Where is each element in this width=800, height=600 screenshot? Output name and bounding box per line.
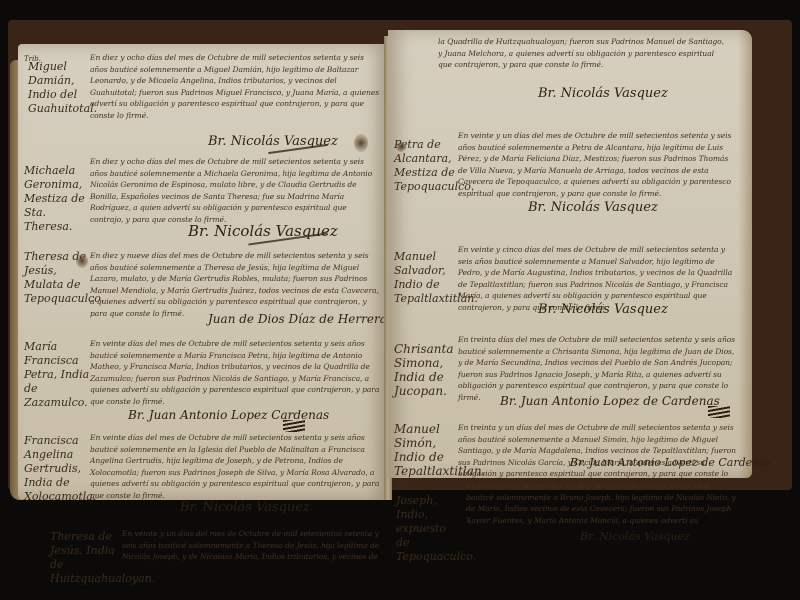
margin-name: Theresa de Jesús, India de Huitzquahualo…: [50, 530, 118, 586]
margin-name: María Francisca Petra, India de Zazamulc…: [24, 340, 90, 410]
margin-name: Manuel Salvador, Indio de Tepaltlaxtitla…: [394, 250, 458, 306]
margin-name: Chrisanta Simona, India de Jucopan.: [394, 342, 458, 398]
entry-text: En veinte y un días del mes de Octubre d…: [122, 528, 382, 574]
signature: Juan de Dios Díaz de Herrera: [208, 312, 387, 326]
margin-name: Manuel Simón, Indio de Tepaltlaxtitlan.: [394, 422, 458, 478]
entry-text: En veinte días del mes de Octubre de mil…: [90, 338, 380, 407]
right-page: la Quadrilla de Huitzquahualoyan; fueron…: [388, 30, 752, 478]
signature: Br. Nicolás Vasquez: [528, 200, 658, 215]
signature: Br. Nicolás Vasquez: [180, 500, 310, 515]
signature: Br. Nicolás Vasquez: [580, 530, 690, 543]
entry-text: En treinta días del mes de Octubre de mi…: [458, 334, 738, 403]
signature: Br. Nicolás Vasquez: [538, 302, 668, 317]
margin-name: Michaela Geronima, Mestiza de Sta. There…: [24, 164, 90, 234]
margin-name: Francisca Angelina Gertrudis, India de X…: [24, 434, 90, 500]
rubric-mark: [283, 420, 305, 432]
entry-text: En veinte días del mes de Octubre de mil…: [90, 432, 380, 500]
rubric-mark: [708, 406, 730, 418]
entry-text: En treinta y un días del mes de Octubre …: [458, 422, 738, 478]
margin-name: Miguel Damián, Indio del Guahuitotal.: [28, 60, 90, 116]
entry-text: la Quadrilla de Huitzquahualoyan; fueron…: [438, 36, 728, 71]
ink-stain: [396, 142, 406, 152]
entry-text: En veinte y un días del mes de Octubre d…: [458, 130, 738, 199]
ink-stain: [76, 254, 88, 268]
entry-text: En diez y nueve días del mes de Octubre …: [90, 250, 380, 319]
margin-name: Bruno Joseph, Indio, expuesto de Tepoqua…: [396, 480, 460, 564]
entry-text: En primero de Noviembre de mill setecien…: [466, 480, 736, 528]
entry-text: En diez y ocho días del mes de Octubre d…: [90, 52, 380, 121]
signature: Br. Juan Antonio Lopez de Cardenas: [500, 394, 720, 408]
ink-stain: [354, 134, 368, 152]
entry-text: En diez y ocho días del mes de Octubre d…: [90, 156, 380, 225]
left-page: Trib. Miguel Damián, Indio del Guahuitot…: [18, 44, 388, 500]
signature: Br. Nicolás Vasquez: [538, 86, 668, 101]
signature: Br. Nicolás Vasquez: [188, 222, 338, 240]
signature: Br. Juan Antonio Lopez de Cardenas: [570, 456, 771, 469]
